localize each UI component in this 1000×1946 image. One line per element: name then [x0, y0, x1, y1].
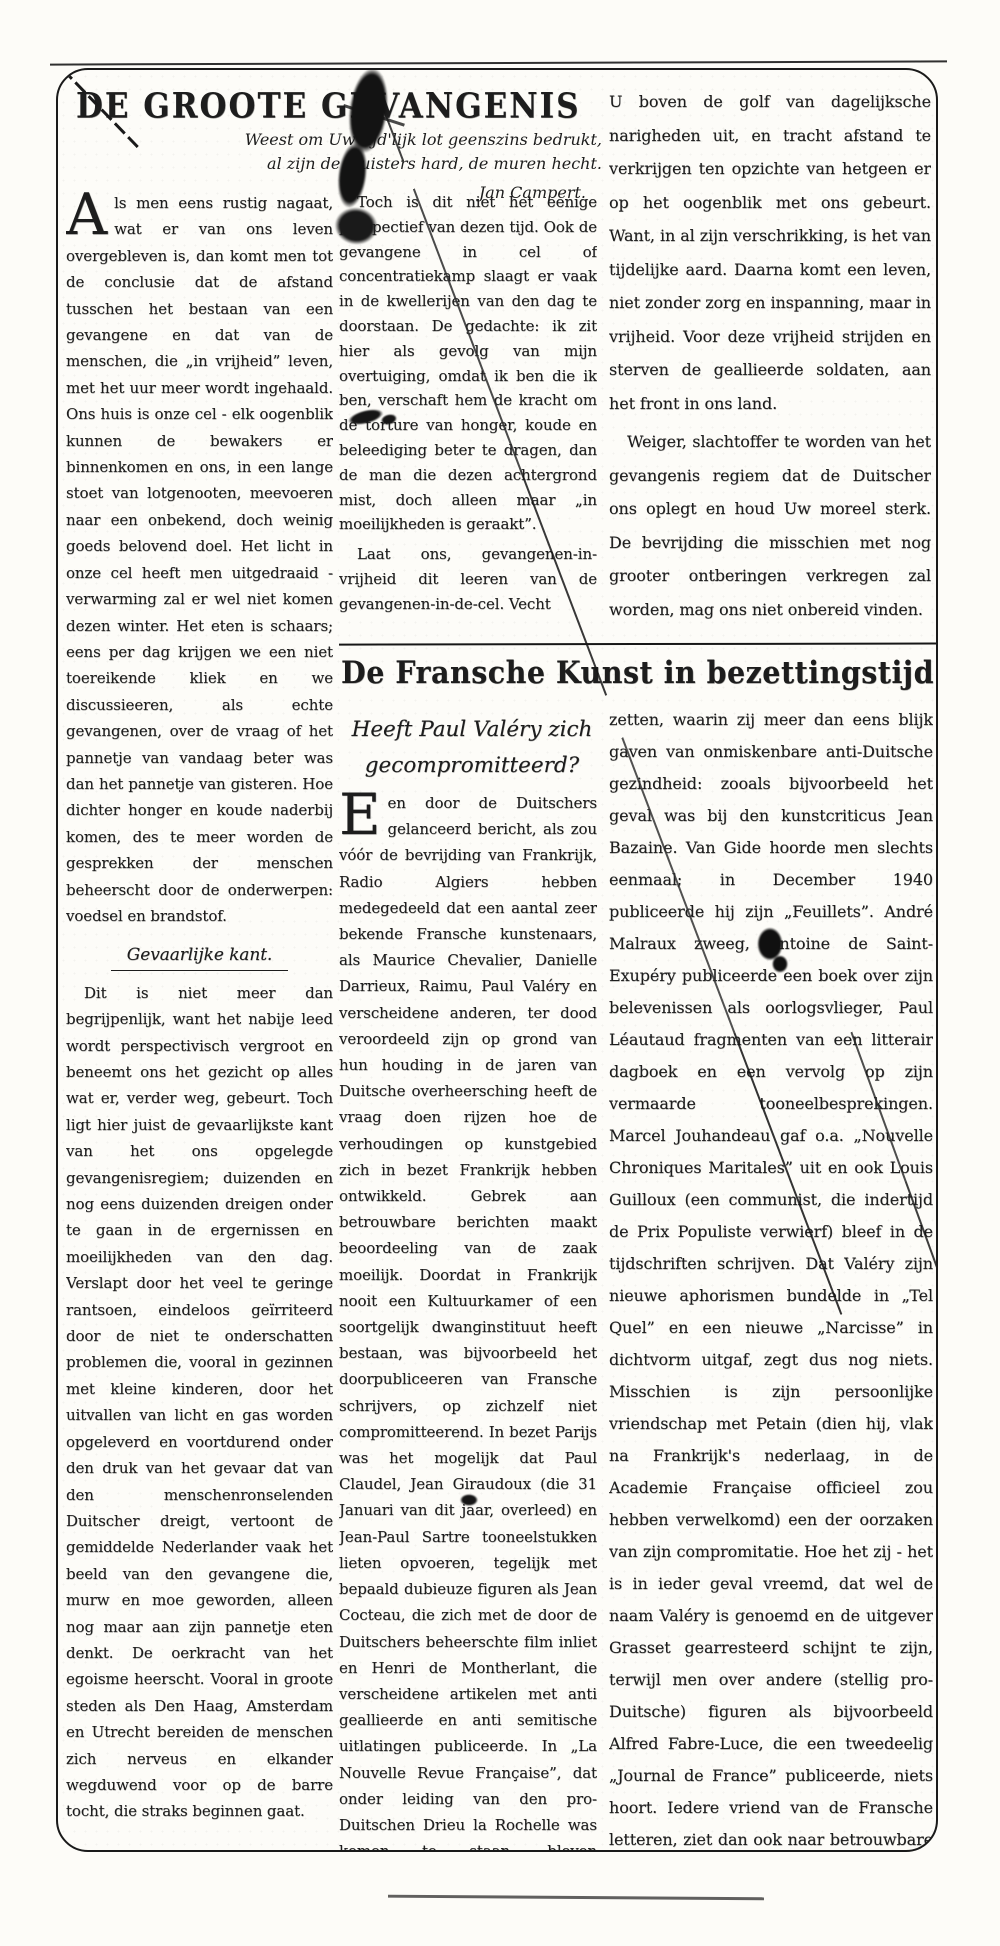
- dropcap-initial: A: [66, 190, 114, 237]
- paragraph: zetten, waarin zij meer dan eens blijk g…: [609, 704, 933, 1852]
- dropcap-initial: E: [339, 790, 388, 837]
- motto-line1: Weest om Uw tijd'lijk lot geenszins bedr…: [198, 128, 602, 152]
- paragraph: Dit is niet meer dan begrijpenlijk, want…: [66, 980, 333, 1825]
- paragraph-text: ls men eens rustig nagaat, wat er van on…: [66, 194, 333, 925]
- subtitle-line2: gecompromitteerd?: [341, 748, 603, 784]
- article2-title: De Fransche Kunst in bezettingstijd.: [341, 654, 938, 691]
- subtitle-line1: Heeft Paul Valéry zich: [341, 712, 603, 748]
- article1-title: DE GROOTE GEVANGENIS: [76, 86, 601, 126]
- paragraph-text: en door de Duitschers gelanceerd bericht…: [339, 794, 597, 1852]
- paragraph: Een door de Duitschers gelanceerd berich…: [339, 790, 597, 1852]
- paragraph: U boven de golf van dagelijksche narighe…: [609, 85, 931, 420]
- top-press-line: [50, 60, 947, 65]
- section-subhead: Gevaarlijke kant.: [66, 942, 333, 968]
- article2-left-column: Een door de Duitschers gelanceerd berich…: [339, 790, 597, 1852]
- article1-column1: Als men eens rustig nagaat, wat er van o…: [66, 190, 333, 1850]
- article1-column3: U boven de golf van dagelijksche narighe…: [609, 85, 931, 641]
- page-border-frame: DE GROOTE GEVANGENIS Weest om Uw tijd'li…: [56, 68, 938, 1852]
- subhead-text: Gevaarlijke kant.: [111, 945, 288, 971]
- paragraph: Toch is dit niet het eenige perspectief …: [339, 190, 597, 537]
- article2-subtitle: Heeft Paul Valéry zich gecompromitteerd?: [341, 712, 603, 784]
- article2-right-column: zetten, waarin zij meer dan eens blijk g…: [609, 704, 933, 1852]
- bottom-scan-mark: [388, 1895, 764, 1900]
- motto-line2: al zijn de kluisters hard, de muren hech…: [198, 152, 602, 176]
- paragraph: Weiger, slachtoffer te worden van het ge…: [609, 425, 931, 626]
- article1-column2: Toch is dit niet het eenige perspectief …: [339, 190, 597, 642]
- newspaper-scan-page: DE GROOTE GEVANGENIS Weest om Uw tijd'li…: [0, 0, 1000, 1946]
- paragraph: Laat ons, gevangenen-in-vrijheid dit lee…: [339, 542, 597, 616]
- paragraph: Als men eens rustig nagaat, wat er van o…: [66, 190, 333, 929]
- article2-divider-rule: [339, 642, 938, 645]
